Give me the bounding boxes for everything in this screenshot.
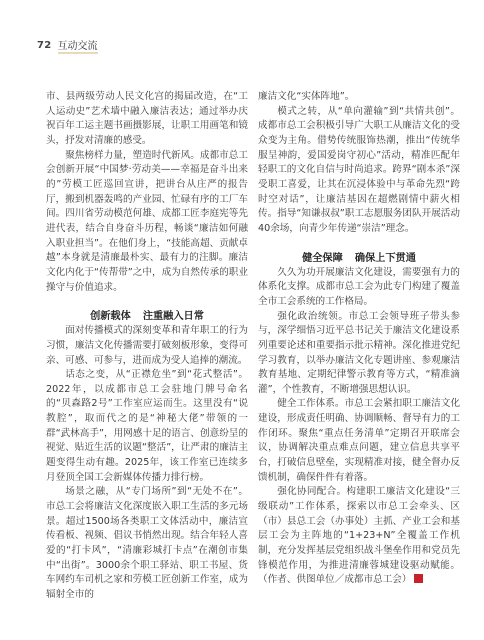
section-heading: 创新载体注重融入日常: [46, 309, 248, 324]
paragraph: 场景之融，从“专门场所”到“无处不在”。市总工会将廉洁文化深度嵌入职工生活的多元…: [46, 485, 248, 602]
paragraph: 市、县两级劳动人民文化宫的揭届改造，在“工人运动史”艺术墙中融入廉洁表达；通过举…: [46, 90, 248, 149]
paragraph: 久久为功开展廉洁文化建设，需要强有力的体系化支撑。成都市总工会为此专门构建了覆盖…: [258, 266, 460, 310]
heading-part: 注重融入日常: [143, 311, 204, 322]
end-mark-icon: [414, 574, 423, 583]
paragraph: 廉洁文化“实体阵地”。: [258, 90, 460, 105]
left-column: 市、县两级劳动人民文化宫的揭届改造，在“工人运动史”艺术墙中融入廉洁表达；通过举…: [46, 90, 248, 603]
paragraph: 话态之变，从“正襟危坐”到“花式整活”。2022年，以成都市总工会驻地门牌号命名…: [46, 368, 248, 485]
heading-part: 健全保障: [302, 253, 343, 264]
page-number: 72: [37, 40, 52, 51]
paragraph: 面对传播模式的深刻变革和青年职工的行为习惯，廉洁文化传播需要打破刻板形象，变得可…: [46, 324, 248, 368]
right-column: 廉洁文化“实体阵地”。 模式之转，从“单向灌输”到“共情共创”。成都市总工会积极…: [258, 90, 460, 588]
paragraph: 健全工作体系。市总工会紧扣职工廉洁文化建设，形成责任明确、协调顺畅、督导有力的工…: [258, 397, 460, 485]
section-title: 互动交流: [58, 37, 98, 54]
paragraph: 强化协同配合。构建职工廉洁文化建设“三级联动”工作体系，探索以市总工会牵头、区（…: [258, 485, 460, 588]
page-header: 72 互动交流: [37, 37, 98, 53]
paragraph: 模式之转，从“单向灌输”到“共情共创”。成都市总工会积极引导广大职工从廉洁文化的…: [258, 105, 460, 237]
paragraph: 强化政治统领。市总工会领导班子带头参与，深学细悟习近平总书记关于廉洁文化建设系列…: [258, 310, 460, 398]
paragraph: 聚焦榜样力量，塑造时代新风。成都市总工会创新开展“中国梦·劳动美——幸福是奋斗出…: [46, 149, 248, 296]
section-heading: 健全保障确保上下贯通: [258, 251, 460, 266]
paragraph-text: 强化协同配合。构建职工廉洁文化建设“三级联动”工作体系，探索以市总工会牵头、区（…: [258, 486, 460, 585]
heading-part: 确保上下贯通: [355, 253, 416, 264]
heading-part: 创新载体: [90, 311, 131, 322]
